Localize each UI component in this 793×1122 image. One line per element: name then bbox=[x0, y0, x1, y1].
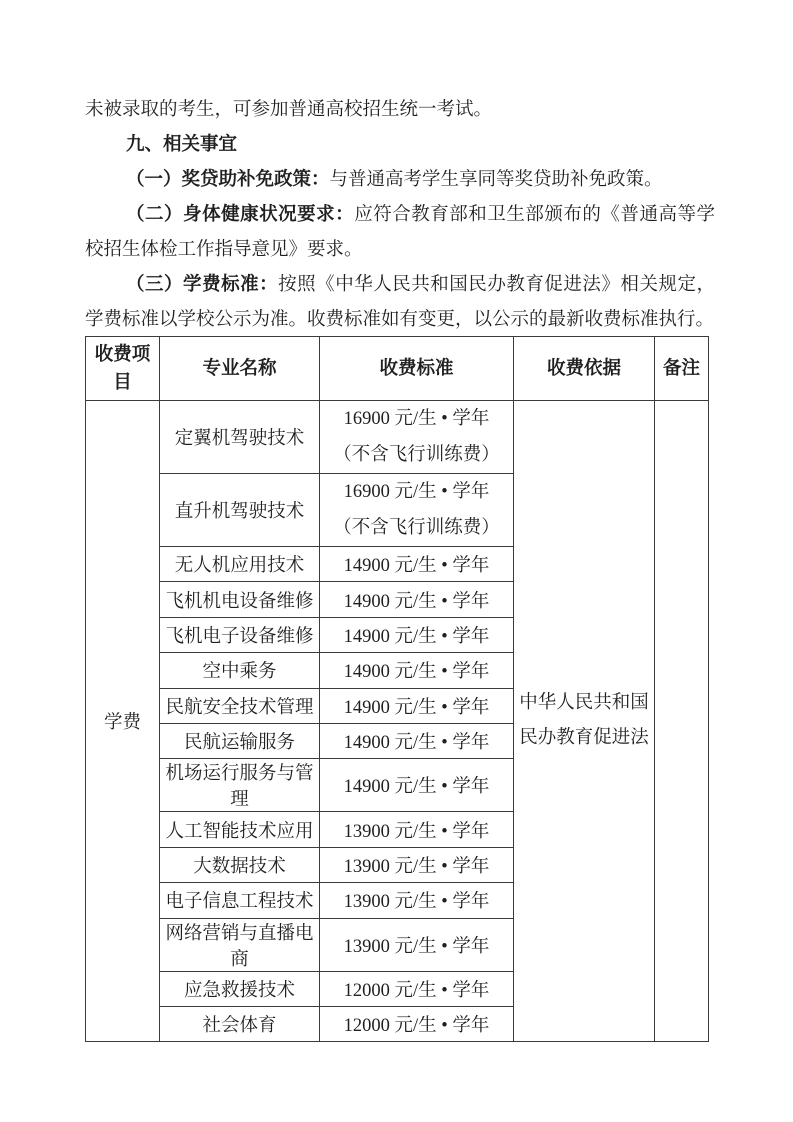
fee-basis-cell: 中华人民共和国 民办教育促进法 bbox=[514, 401, 655, 1042]
policy-item-2-label: （二）身体健康状况要求： bbox=[126, 205, 354, 225]
fee-cell: 16900 元/生 • 学年 （不含飞行训练费） bbox=[320, 401, 514, 474]
major-cell: 应急救援技术 bbox=[160, 971, 320, 1006]
fee-basis-line-2: 民办教育促进法 bbox=[514, 721, 654, 756]
fee-cell: 14900 元/生 • 学年 bbox=[320, 653, 514, 688]
major-cell: 人工智能技术应用 bbox=[160, 812, 320, 847]
major-cell: 定翼机驾驶技术 bbox=[160, 401, 320, 474]
paragraph-continuation: 未被录取的考生，可参加普通高校招生统一考试。 bbox=[85, 93, 715, 128]
table-row: 学费 定翼机驾驶技术 16900 元/生 • 学年 （不含飞行训练费） 中华人民… bbox=[86, 401, 709, 474]
document-page: 未被录取的考生，可参加普通高校招生统一考试。 九、相关事宜 （一）奖贷助补免政策… bbox=[0, 0, 793, 1122]
policy-item-1-label: （一）奖贷助补免政策： bbox=[126, 170, 330, 190]
col-header-remark: 备注 bbox=[655, 337, 709, 401]
col-header-fee-standard: 收费标准 bbox=[320, 337, 514, 401]
major-cell: 网络营销与直播电商 bbox=[160, 918, 320, 971]
policy-item-1: （一）奖贷助补免政策：与普通高考学生享同等奖贷助补免政策。 bbox=[85, 163, 715, 198]
fee-note: （不含飞行训练费） bbox=[320, 437, 513, 473]
fee-cell: 12000 元/生 • 学年 bbox=[320, 971, 514, 1006]
body-text: 未被录取的考生，可参加普通高校招生统一考试。 九、相关事宜 （一）奖贷助补免政策… bbox=[85, 93, 715, 338]
fee-cell: 13900 元/生 • 学年 bbox=[320, 812, 514, 847]
major-cell: 无人机应用技术 bbox=[160, 547, 320, 582]
section-heading: 九、相关事宜 bbox=[85, 128, 715, 163]
col-header-fee-item: 收费项目 bbox=[86, 337, 160, 401]
fee-table: 收费项目 专业名称 收费标准 收费依据 备注 学费 定翼机驾驶技术 16900 … bbox=[85, 336, 709, 1042]
fee-cell: 14900 元/生 • 学年 bbox=[320, 723, 514, 758]
major-cell: 飞机机电设备维修 bbox=[160, 582, 320, 617]
major-cell: 直升机驾驶技术 bbox=[160, 474, 320, 547]
remark-cell bbox=[655, 401, 709, 1042]
fee-cell: 13900 元/生 • 学年 bbox=[320, 847, 514, 882]
major-cell: 民航安全技术管理 bbox=[160, 688, 320, 723]
fee-item-cell: 学费 bbox=[86, 401, 160, 1042]
fee-cell: 13900 元/生 • 学年 bbox=[320, 918, 514, 971]
fee-basis-line-1: 中华人民共和国 bbox=[514, 686, 654, 721]
col-header-fee-basis: 收费依据 bbox=[514, 337, 655, 401]
header-row: 收费项目 专业名称 收费标准 收费依据 备注 bbox=[86, 337, 709, 401]
fee-cell: 14900 元/生 • 学年 bbox=[320, 582, 514, 617]
fee-cell: 13900 元/生 • 学年 bbox=[320, 883, 514, 918]
policy-item-3: （三）学费标准：按照《中华人民共和国民办教育促进法》相关规定，学费标准以学校公示… bbox=[85, 268, 715, 338]
major-cell: 机场运行服务与管理 bbox=[160, 759, 320, 812]
major-cell: 空中乘务 bbox=[160, 653, 320, 688]
fee-cell: 14900 元/生 • 学年 bbox=[320, 547, 514, 582]
fee-cell: 16900 元/生 • 学年 （不含飞行训练费） bbox=[320, 474, 514, 547]
fee-cell: 14900 元/生 • 学年 bbox=[320, 688, 514, 723]
fee-cell: 14900 元/生 • 学年 bbox=[320, 617, 514, 652]
major-cell: 电子信息工程技术 bbox=[160, 883, 320, 918]
major-cell: 民航运输服务 bbox=[160, 723, 320, 758]
fee-amount: 16900 元/生 • 学年 bbox=[320, 401, 513, 437]
major-cell: 大数据技术 bbox=[160, 847, 320, 882]
policy-item-1-text: 与普通高考学生享同等奖贷助补免政策。 bbox=[330, 170, 663, 190]
fee-cell: 12000 元/生 • 学年 bbox=[320, 1006, 514, 1041]
major-cell: 社会体育 bbox=[160, 1006, 320, 1041]
fee-cell: 14900 元/生 • 学年 bbox=[320, 759, 514, 812]
policy-item-2: （二）身体健康状况要求：应符合教育部和卫生部颁布的《普通高等学校招生体检工作指导… bbox=[85, 198, 715, 268]
col-header-major-name: 专业名称 bbox=[160, 337, 320, 401]
policy-item-3-label: （三）学费标准： bbox=[126, 275, 278, 295]
major-cell: 飞机电子设备维修 bbox=[160, 617, 320, 652]
fee-amount: 16900 元/生 • 学年 bbox=[320, 474, 513, 510]
fee-note: （不含飞行训练费） bbox=[320, 510, 513, 546]
